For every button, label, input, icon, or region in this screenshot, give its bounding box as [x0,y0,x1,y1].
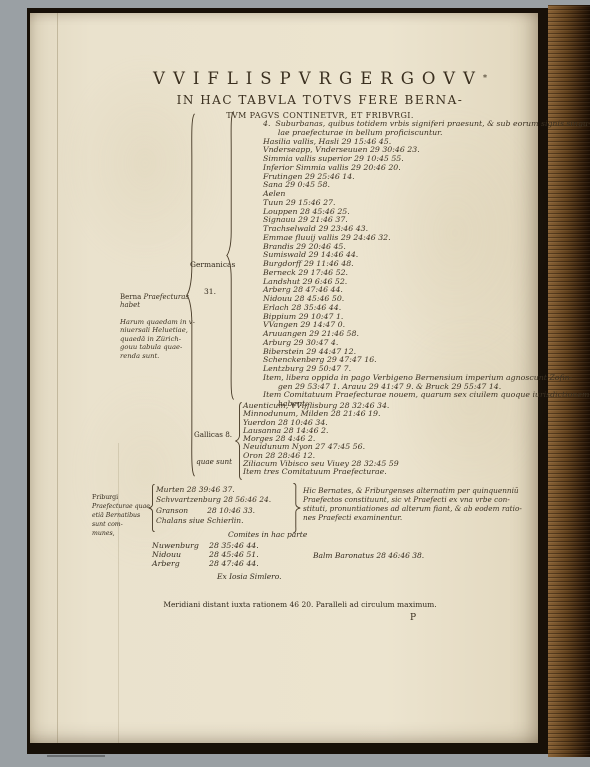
comites-row: Nuwenburg28 35:46 44. [152,541,259,550]
margin-note-line: quaedā in Zürich- [120,335,195,343]
gallicas-label: Gallicas 8. quae sunt [194,412,232,484]
list-item: Granson 28 10:46 33. [156,506,271,516]
title-line-2: IN HAC TABVLA TOTVS FERE BERNA- [125,92,515,108]
list-item: Item Comitatuum Praefecturae nouem, quar… [263,391,590,400]
friburgi-label: Friburgi Praefecturae quaeetiā Bernatibu… [92,493,154,538]
gallicas-brace [235,402,242,480]
margin-note-line: gouu tabula quae- [120,343,195,351]
comites-heading: Comites in hac parte [228,530,307,539]
gallicas-list: Auenticum, VVifflisburg 28 32:46 34.Minn… [243,402,399,477]
germanicas-label-text: Germanicas [190,260,230,269]
list-item: Sana 29 0:45 58. [263,181,590,190]
margin-note-harum: Harum quaedam in v-niuersali Heluetiae,q… [120,318,195,360]
title-text: VVIFLISPVRGERGOVV [153,69,483,88]
germanicas-brace [226,110,234,401]
photo-caption-smudge [47,755,105,757]
title-line-1: VVIFLISPVRGERGOVV⁎ [125,65,515,90]
margin-note-line: Harum quaedam in v- [120,318,195,326]
book-page: VVIFLISPVRGERGOVV⁎ IN HAC TABVLA TOTVS F… [30,13,538,743]
margin-note-line: niuersali Heluetiae, [120,326,195,334]
meridian-note: Meridiani distant iuxta rationem 46 20. … [150,600,450,609]
friburgi-list: Murten 28 39:46 37.Schvvartzenburg 28 56… [156,485,271,527]
title-reference-mark: ⁎ [483,71,487,80]
source-attribution: Ex Iosia Simlero. [217,572,282,581]
margin-note-line: habet [120,301,190,309]
list-item: Item tres Comitatuum Praefecturae. [243,468,399,476]
friburgi-label-line: etiā Bernatibus sunt com- [92,511,154,529]
germanicas-label: Germanicas 31. [190,242,230,314]
comites-row: Arberg28 47:46 44. [152,559,259,568]
friburgi-note-brace [293,483,301,533]
margin-note-berna: Berna Praefecturashabet [120,293,190,310]
page-crease-line [57,13,58,743]
list-item: Murten 28 39:46 37. [156,485,271,495]
gallicas-sublabel: quae sunt [194,457,232,466]
comites-row: Nidouu28 45:46 51. [152,550,259,559]
friburgi-note: Hic Bernates, & Friburgenses alternatim … [303,486,539,522]
margin-note-line: Berna Praefecturas [120,293,190,301]
germanicas-list: 4. Suburbanas, quibus totidem vrbis sign… [263,120,590,409]
photo-of-atlas-page: VVIFLISPVRGERGOVV⁎ IN HAC TABVLA TOTVS F… [0,0,590,767]
signature-mark: P [410,613,416,623]
list-item: Schvvartzenburg 28 56:46 24. [156,495,271,505]
comites-rows: Nuwenburg28 35:46 44.Nidouu28 45:46 51.A… [152,541,259,568]
germanicas-count: 31. [190,287,230,296]
friburgi-list-brace [148,484,155,532]
note-line: Praefectos constituunt, sic vt Praefecti… [303,495,539,504]
baronatus-line: Balm Baronatus 28 46:46 38. [313,551,424,560]
gallicas-label-text: Gallicas 8. [194,430,232,439]
note-line: Hic Bernates, & Friburgenses alternatim … [303,486,539,495]
friburgi-label-line: munes, [92,529,154,538]
page-title: VVIFLISPVRGERGOVV⁎ IN HAC TABVLA TOTVS F… [125,65,515,121]
note-line: stituti, pronuntiationes ad alterum fian… [303,504,539,513]
margin-note-line: renda sunt. [120,352,195,360]
list-item: Chalans siue Schierlin. [156,516,271,526]
note-line: nes Praefecti examinentur. [303,513,539,522]
friburgi-label-line: Friburgi Praefecturae quae [92,493,154,511]
